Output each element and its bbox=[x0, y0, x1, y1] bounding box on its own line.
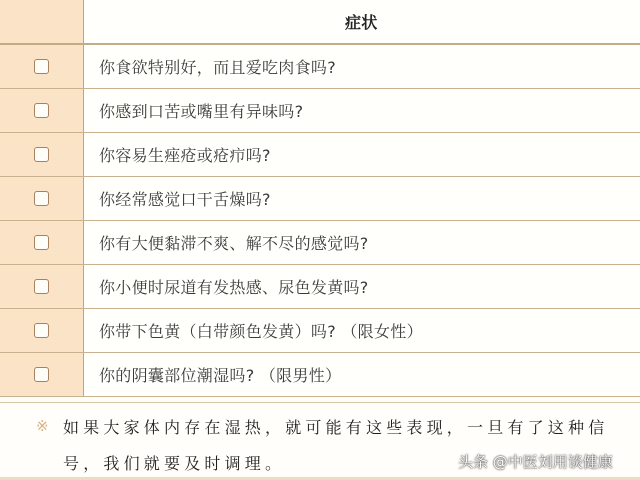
symptom-text: 你经常感觉口干舌燥吗? bbox=[84, 177, 640, 220]
table-row: 你带下色黄（白带颜色发黄）吗? （限女性） bbox=[0, 309, 640, 353]
checkbox[interactable] bbox=[34, 279, 49, 294]
reference-mark-icon: ※ bbox=[36, 417, 49, 435]
symptom-text: 你带下色黄（白带颜色发黄）吗? （限女性） bbox=[84, 309, 640, 352]
symptom-text: 你的阴囊部位潮湿吗? （限男性） bbox=[84, 353, 640, 396]
checkbox[interactable] bbox=[34, 191, 49, 206]
table-row: 你感到口苦或嘴里有异味吗? bbox=[0, 89, 640, 133]
table-row: 你经常感觉口干舌燥吗? bbox=[0, 177, 640, 221]
checkbox[interactable] bbox=[34, 59, 49, 74]
symptom-text: 你有大便黏滞不爽、解不尽的感觉吗? bbox=[84, 221, 640, 264]
symptom-checklist-table: 症状 你食欲特别好，而且爱吃肉食吗? 你感到口苦或嘴里有异味吗? 你容易生痤疮或… bbox=[0, 0, 640, 397]
watermark: 头条 @中医刘用谈健康 bbox=[458, 451, 613, 472]
table-row: 你的阴囊部位潮湿吗? （限男性） bbox=[0, 353, 640, 397]
table-row: 你容易生痤疮或疮疖吗? bbox=[0, 133, 640, 177]
symptom-text: 你容易生痤疮或疮疖吗? bbox=[84, 133, 640, 176]
checkbox[interactable] bbox=[34, 323, 49, 338]
header-symptom-column: 症状 bbox=[84, 0, 640, 43]
checkbox[interactable] bbox=[34, 147, 49, 162]
symptom-text: 你食欲特别好，而且爱吃肉食吗? bbox=[84, 45, 640, 88]
checkbox[interactable] bbox=[34, 235, 49, 250]
table-header: 症状 bbox=[0, 0, 640, 45]
footnote-line-1: 如果大家体内存在湿热，就可能有这些表现，一旦有了这种信 bbox=[63, 415, 608, 438]
table-row: 你食欲特别好，而且爱吃肉食吗? bbox=[0, 45, 640, 89]
header-check-column bbox=[0, 0, 84, 43]
checkbox[interactable] bbox=[34, 367, 49, 382]
table-row: 你有大便黏滞不爽、解不尽的感觉吗? bbox=[0, 221, 640, 265]
footnote-line-2: 号，我们就要及时调理。 bbox=[63, 451, 285, 474]
table-row: 你小便时尿道有发热感、尿色发黄吗? bbox=[0, 265, 640, 309]
symptom-text: 你小便时尿道有发热感、尿色发黄吗? bbox=[84, 265, 640, 308]
checkbox[interactable] bbox=[34, 103, 49, 118]
symptom-text: 你感到口苦或嘴里有异味吗? bbox=[84, 89, 640, 132]
